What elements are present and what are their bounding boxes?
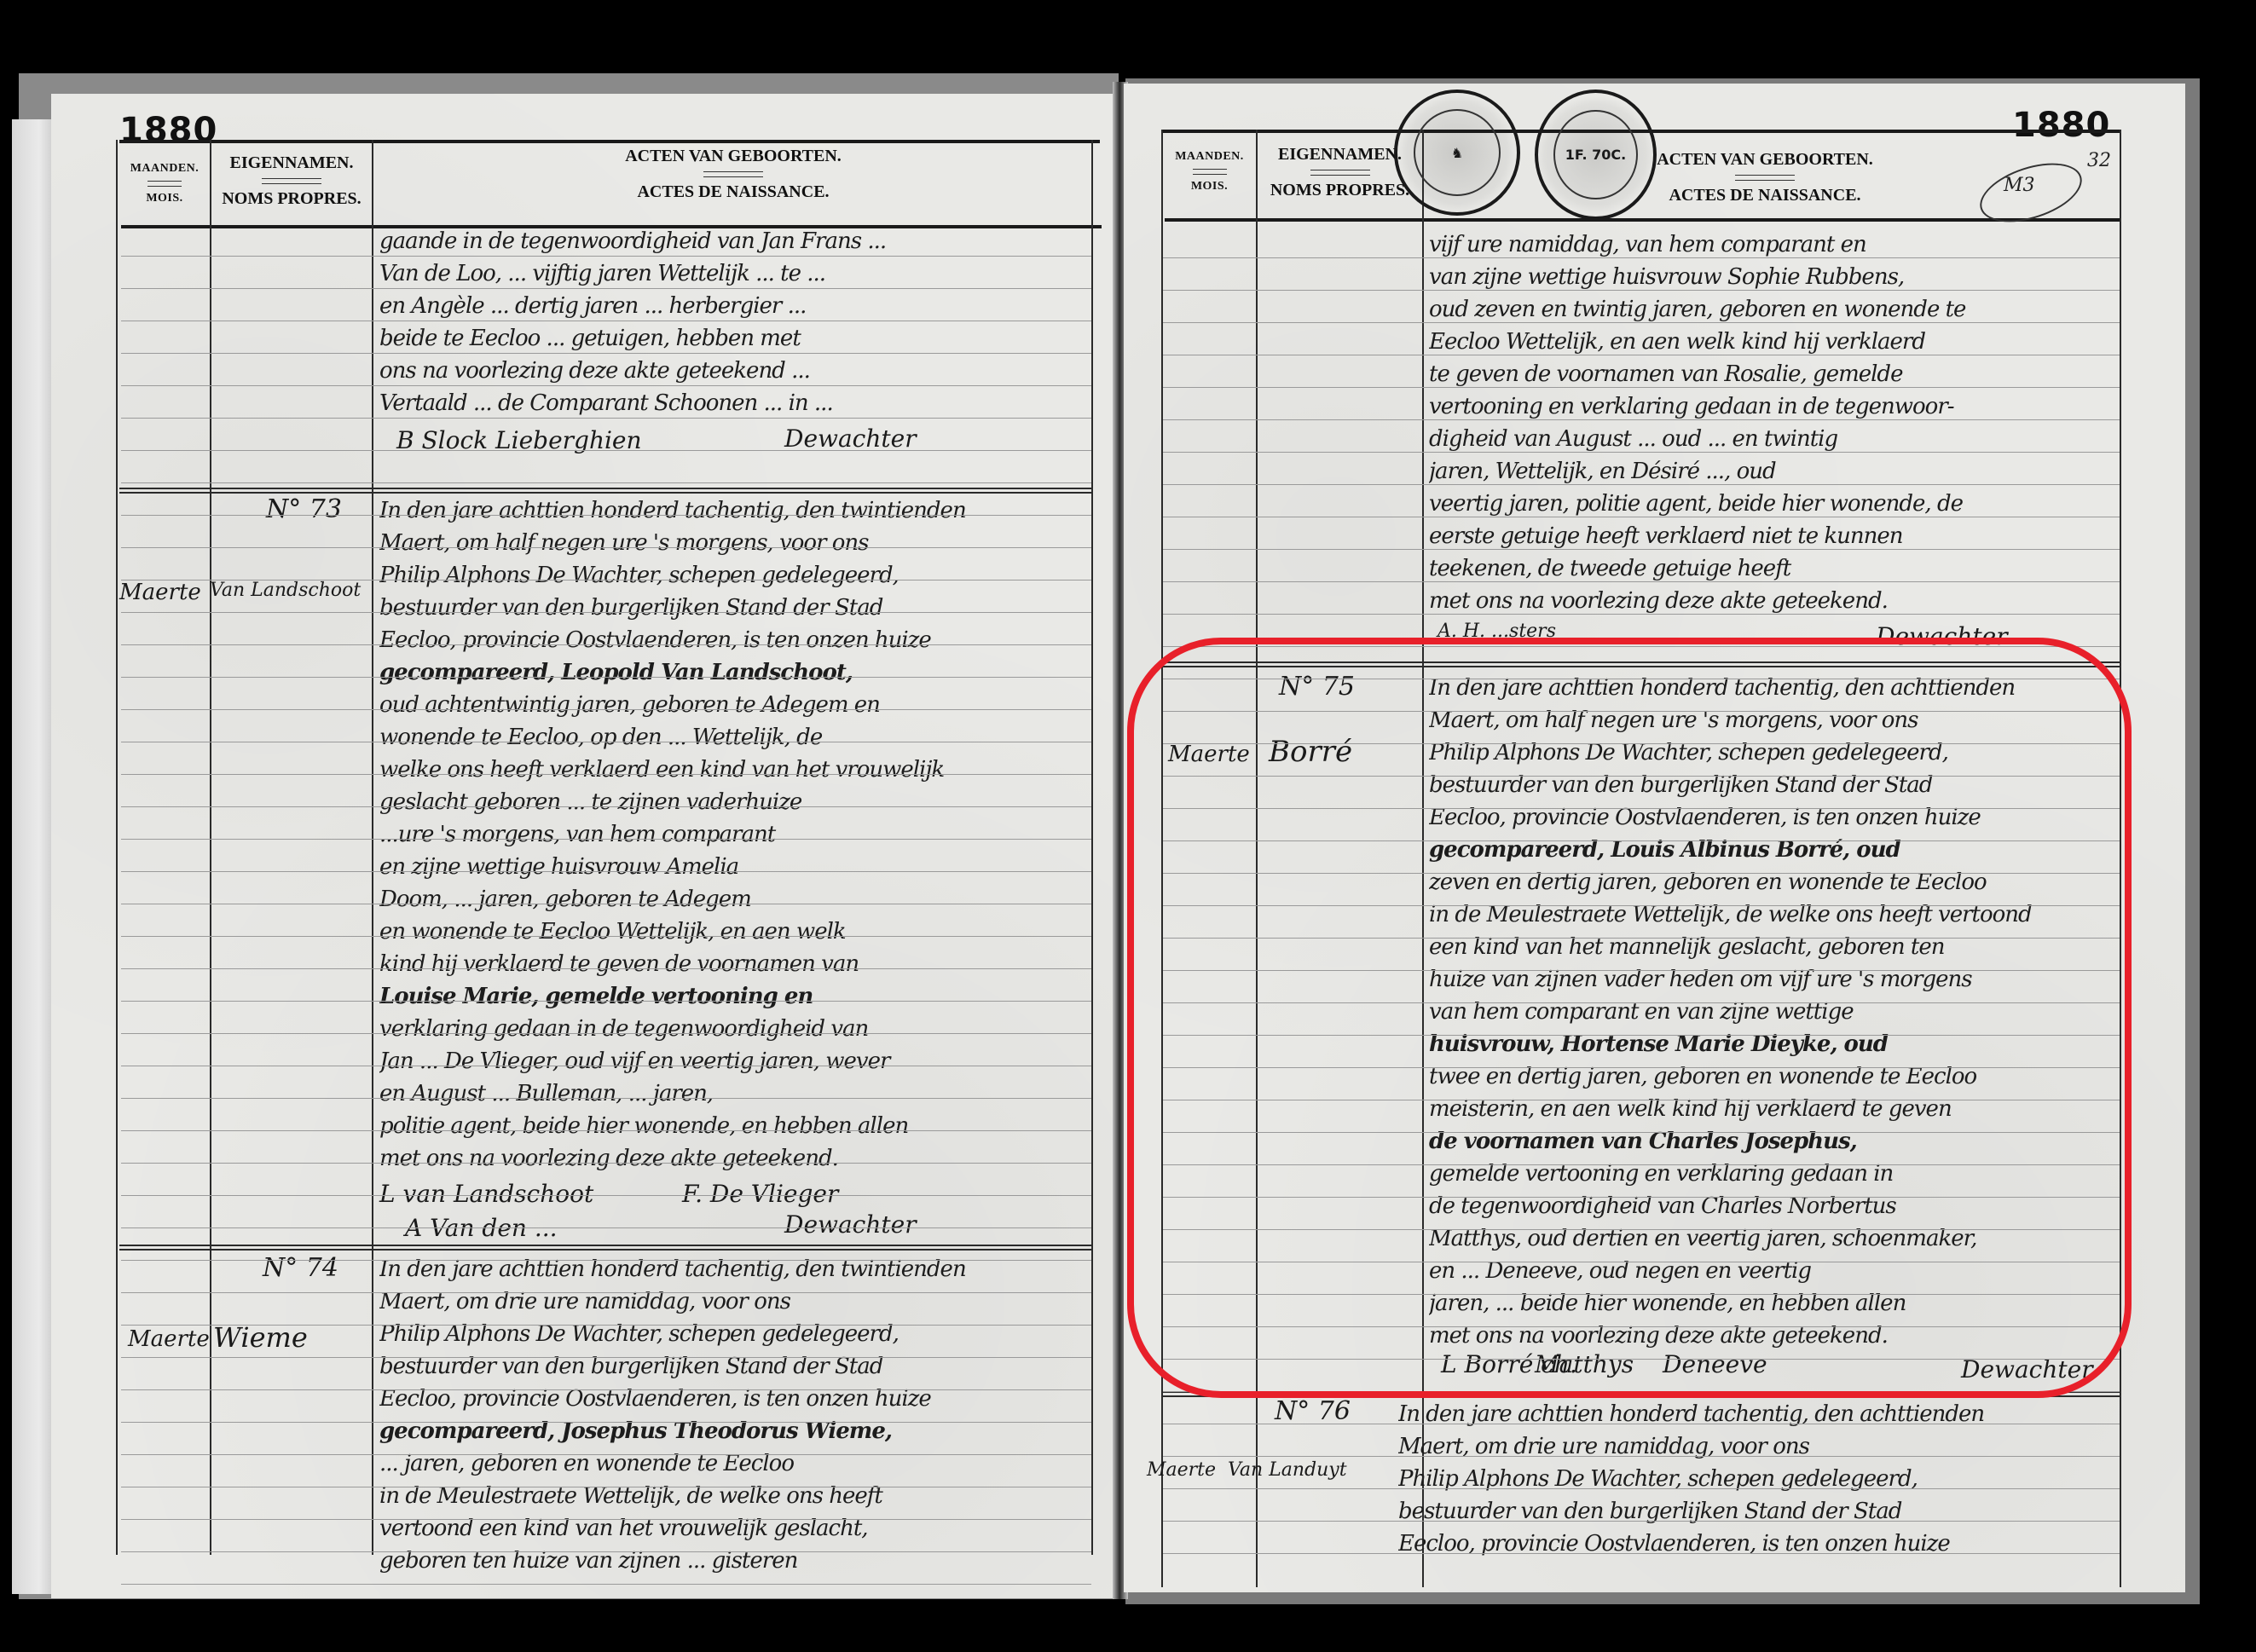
double-rule-ornament (148, 181, 182, 187)
record-name: Wieme (213, 1321, 308, 1354)
ruled-line (1163, 1132, 2120, 1133)
right-page-right-border (2120, 130, 2121, 1587)
text-line: en wonende te Eecloo Wettelijk, en aen w… (379, 919, 1087, 944)
text-line: Jan ... De Vlieger, oud vijf en veertig … (379, 1048, 1087, 1074)
header-top-rule (119, 140, 1100, 143)
header-months-nl: MAANDEN. (1163, 150, 1256, 164)
text-line: beide te Eecloo ... getuigen, hebben met (379, 326, 1087, 351)
ruled-line (121, 547, 1091, 548)
signature: L van Landschoot (379, 1180, 593, 1208)
record-separator (119, 488, 1091, 494)
text-line: politie agent, beide hier wonende, en he… (379, 1113, 1087, 1139)
register-year-left: 1880 (119, 111, 217, 150)
ruled-line (1163, 1002, 2120, 1003)
double-rule-ornament (703, 171, 763, 177)
header-names-fr: NOMS PROPRES. (1258, 181, 1422, 200)
record-name: Van Landschoot (210, 580, 361, 601)
text-line: te geven de voornamen van Rosalie, gemel… (1429, 361, 2115, 387)
ruled-line (1163, 1262, 2120, 1262)
ruled-line (1163, 1100, 2120, 1100)
text-line: verklaring gedaan in de tegenwoordigheid… (379, 1016, 1087, 1042)
double-rule-ornament (1310, 170, 1370, 176)
ruled-line (121, 1325, 1091, 1326)
ruled-line (121, 904, 1091, 904)
ruled-line (1163, 387, 2120, 388)
text-line: teekenen, de tweede getuige heeft (1429, 556, 2115, 581)
header-names-fr: NOMS PROPRES. (211, 189, 372, 209)
ruled-line (1163, 905, 2120, 906)
ruled-line (121, 1066, 1091, 1066)
record-name: Van Landuyt (1228, 1459, 1347, 1481)
ruled-line (121, 1033, 1091, 1034)
text-line: vijf ure namiddag, van hem comparant en (1429, 232, 2115, 257)
ruled-line (1163, 840, 2120, 841)
header-names: EIGENNAMEN. NOMS PROPRES. (211, 153, 372, 209)
ruled-line (121, 709, 1091, 710)
header-months-nl: MAANDEN. (119, 162, 210, 176)
ruled-line (121, 1130, 1091, 1131)
ruled-line (1163, 1456, 2120, 1457)
text-line: van zijne wettige huisvrouw Sophie Rubbe… (1429, 264, 2115, 290)
left-page-border (116, 140, 118, 1555)
header-months: MAANDEN. MOIS. (119, 162, 210, 205)
record-separator (1163, 661, 2120, 667)
ruled-line (1163, 743, 2120, 744)
ruled-line (1163, 1553, 2120, 1554)
header-acts-fr: ACTES DE NAISSANCE. (1654, 186, 1876, 205)
text-line: Maert, om half negen ure 's morgens, voo… (379, 530, 1087, 556)
signature: Dewachter (784, 1210, 917, 1239)
record-month: Maerte (128, 1326, 210, 1352)
ruled-line (1163, 484, 2120, 485)
ruled-line (121, 936, 1091, 937)
ruled-line (121, 1551, 1091, 1552)
double-rule-ornament (1735, 175, 1795, 181)
ruled-line (121, 1389, 1091, 1390)
ruled-line (1163, 1488, 2120, 1489)
ruled-line (1163, 1035, 2120, 1036)
record-month: Maerte (1147, 1459, 1216, 1481)
header-names-nl: EIGENNAMEN. (211, 153, 372, 173)
text-line: jaren, Wettelijk, en Désiré ..., oud (1429, 459, 2115, 484)
ruled-line (1163, 938, 2120, 939)
ruled-line (121, 1357, 1091, 1358)
ruled-line (121, 1195, 1091, 1196)
ruled-line (121, 839, 1091, 840)
ruled-line (121, 1260, 1091, 1261)
ruled-line (121, 256, 1091, 257)
ruled-line (1163, 1164, 2120, 1165)
text-line: en zijne wettige huisvrouw Amelia (379, 854, 1087, 880)
text-line: veertig jaren, politie agent, beide hier… (1429, 491, 2115, 517)
tax-stamp-dimension: 1F. 70C. (1535, 90, 1657, 220)
lion-emblem-icon: ♞ (1414, 109, 1501, 196)
header-months-fr: MOIS. (119, 192, 210, 205)
text-line: en Angèle ... dertig jaren ... herbergie… (379, 293, 1087, 319)
text-line: gecompareerd, Leopold Van Landschoot, (379, 660, 1087, 685)
ruled-line (121, 482, 1091, 483)
ruled-line (121, 968, 1091, 969)
ruled-line (121, 1292, 1091, 1293)
text-line: Louise Marie, gemelde vertooning en (379, 984, 1087, 1009)
names-column-divider (372, 140, 373, 1555)
ruled-line (1163, 419, 2120, 420)
ruled-line (121, 288, 1091, 289)
ruled-line (121, 1584, 1091, 1585)
signature: Deneeve (1663, 1350, 1767, 1378)
header-acts-fr: ACTES DE NAISSANCE. (375, 182, 1091, 202)
text-line: oud achtentwintig jaren, geboren te Adeg… (379, 692, 1087, 718)
header-acts: ACTEN VAN GEBOORTEN. ACTES DE NAISSANCE. (1654, 150, 1876, 205)
ruled-line (121, 385, 1091, 386)
record-number: N° 74 (263, 1253, 338, 1283)
ruled-line (1163, 679, 2120, 679)
ruled-line (121, 871, 1091, 872)
signature: Matthys (1535, 1350, 1634, 1378)
ruled-line (121, 742, 1091, 742)
stamp-value: 1F. 70C. (1553, 110, 1638, 200)
text-line: oud zeven en twintig jaren, geboren en w… (1429, 297, 2115, 322)
months-column-divider (210, 140, 211, 1555)
text-line: vertooning en verklaring gedaan in de te… (1429, 394, 2115, 419)
ruled-line (1163, 1359, 2120, 1360)
ruled-line (1163, 452, 2120, 453)
text-line: digheid van August ... oud ... en twinti… (1429, 426, 2115, 452)
ruled-line (1163, 355, 2120, 355)
ruled-line (1163, 1229, 2120, 1230)
ruled-line (121, 1487, 1091, 1487)
text-line: welke ons heeft verklaerd een kind van h… (379, 757, 1087, 783)
header-bottom-rule (1165, 218, 2120, 222)
ruled-line (1163, 873, 2120, 874)
ruled-line (1163, 290, 2120, 291)
ruled-line (121, 1454, 1091, 1455)
right-page-border (1161, 130, 1163, 1587)
names-column-divider (1422, 130, 1424, 1587)
ruled-line (121, 1422, 1091, 1423)
text-line: In den jare achttien honderd tachentig, … (379, 498, 1087, 523)
text-line: met ons na voorlezing deze akte geteeken… (1429, 588, 2115, 614)
text-line: Doom, ... jaren, geboren te Adegem (379, 887, 1087, 912)
record-month: Maerte (119, 580, 201, 605)
months-column-divider (1256, 130, 1258, 1587)
header-acts: ACTEN VAN GEBOORTEN. ACTES DE NAISSANCE. (375, 147, 1091, 202)
double-rule-ornament (262, 178, 321, 184)
ruled-line (121, 353, 1091, 354)
ruled-line (1163, 322, 2120, 323)
text-line: Vertaald ... de Comparant Schoonen ... i… (379, 390, 1087, 416)
ruled-line (121, 580, 1091, 581)
ruled-line (121, 612, 1091, 613)
record-number: N° 75 (1279, 672, 1355, 702)
ruled-line (121, 450, 1091, 451)
ruled-line (1163, 776, 2120, 777)
text-line: gaande in de tegenwoordigheid van Jan Fr… (379, 228, 1087, 254)
header-acts-nl: ACTEN VAN GEBOORTEN. (1654, 150, 1876, 170)
text-line: Eecloo, provincie Oostvlaenderen, is ten… (379, 627, 1087, 653)
record-name: Borré (1269, 735, 1352, 769)
ruled-line (121, 321, 1091, 321)
ruled-line (121, 677, 1091, 678)
text-line: ons na voorlezing deze akte geteekend ..… (379, 358, 1087, 384)
ruled-line (1163, 1424, 2120, 1424)
text-line: bestuurder van den burgerlijken Stand de… (379, 595, 1087, 621)
signature: A. H. ...sters (1437, 621, 1556, 642)
ruled-line (121, 774, 1091, 775)
text-line: Philip Alphons De Wachter, schepen gedel… (379, 563, 1087, 588)
ruled-line (121, 1163, 1091, 1164)
ruled-line (121, 806, 1091, 807)
text-line: eerste getuige heeft verklaerd niet te k… (1429, 523, 2115, 549)
ruled-line (1163, 808, 2120, 809)
ruled-line (121, 1001, 1091, 1002)
ruled-line (1163, 1294, 2120, 1295)
ruled-line (1163, 549, 2120, 550)
folio-number: 32 (2087, 150, 2111, 171)
text-line: ...ure 's morgens, van hem comparant (379, 822, 1087, 847)
ruled-line (1163, 1067, 2120, 1068)
ruled-line (121, 1098, 1091, 1099)
ruled-line (1163, 1326, 2120, 1327)
ruled-line (121, 644, 1091, 645)
ruled-line (1163, 711, 2120, 712)
ruled-line (1163, 614, 2120, 615)
signature: Dewachter (784, 425, 917, 453)
text-line: wonende te Eecloo, op den ... Wettelijk,… (379, 725, 1087, 750)
text-line: met ons na voorlezing deze akte geteeken… (379, 1146, 1087, 1171)
ruled-line (1163, 646, 2120, 647)
text-line: kind hij verklaerd te geven de voornamen… (379, 951, 1087, 977)
ruled-line (1163, 1391, 2120, 1392)
header-acts-nl: ACTEN VAN GEBOORTEN. (375, 147, 1091, 166)
ruled-line (121, 1227, 1091, 1228)
record-separator (119, 1245, 1091, 1251)
tax-stamp-lion: ♞ (1394, 90, 1520, 216)
ruled-line (1163, 581, 2120, 582)
register-year-right: 1880 (2012, 106, 2110, 145)
double-rule-ornament (1193, 169, 1227, 175)
text-line: geslacht geboren ... te zijnen vaderhuiz… (379, 789, 1087, 815)
header-months-fr: MOIS. (1163, 180, 1256, 194)
ruled-line (1163, 257, 2120, 258)
ruled-line (121, 515, 1091, 516)
ruled-line (121, 1519, 1091, 1520)
record-number: N° 73 (266, 494, 342, 524)
ruled-line (121, 418, 1091, 419)
ruled-line (1163, 1197, 2120, 1198)
ruled-line (1163, 1521, 2120, 1522)
ruled-line (1163, 517, 2120, 517)
folio-mark-text: M3 (2004, 175, 2035, 196)
record-month: Maerte (1168, 742, 1250, 767)
left-page-right-border (1091, 140, 1093, 1555)
signature: F. De Vlieger (682, 1180, 838, 1208)
text-line: en August ... Bulleman, ... jaren, (379, 1081, 1087, 1106)
record-number: N° 76 (1275, 1396, 1351, 1426)
text-line: Eecloo Wettelijk, en aen welk kind hij v… (1429, 329, 2115, 355)
header-months: MAANDEN. MOIS. (1163, 150, 1256, 194)
text-line: Van de Loo, ... vijftig jaren Wettelijk … (379, 261, 1087, 286)
ruled-line (1163, 970, 2120, 971)
